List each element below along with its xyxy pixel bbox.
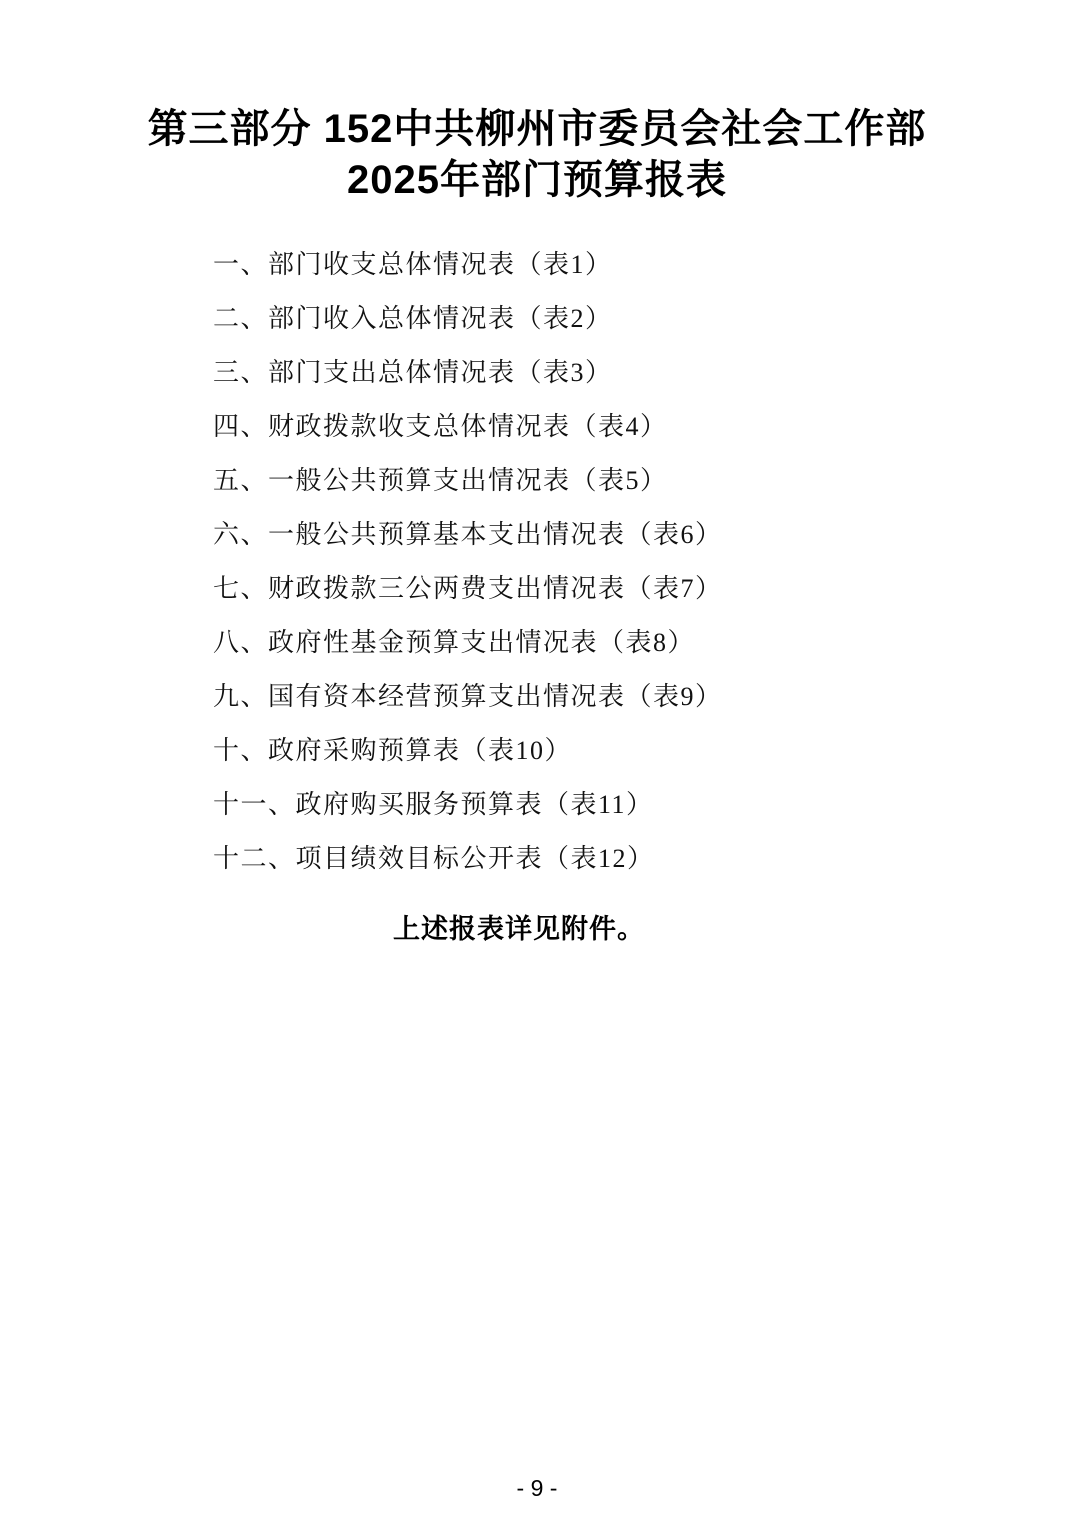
toc-item: 六、一般公共预算基本支出情况表（表6） (213, 508, 1074, 562)
toc-item: 十二、项目绩效目标公开表（表12） (213, 832, 1074, 886)
toc-item: 五、一般公共预算支出情况表（表5） (213, 454, 1074, 508)
toc-item: 十、政府采购预算表（表10） (213, 724, 1074, 778)
toc-item: 三、部门支出总体情况表（表3） (213, 346, 1074, 400)
toc-item: 七、财政拨款三公两费支出情况表（表7） (213, 562, 1074, 616)
page-number: - 9 - (0, 1474, 1074, 1502)
toc-item: 一、部门收支总体情况表（表1） (213, 238, 1074, 292)
toc-item: 四、财政拨款收支总体情况表（表4） (213, 400, 1074, 454)
attachment-note: 上述报表详见附件。 (393, 902, 1074, 956)
toc-list: 一、部门收支总体情况表（表1） 二、部门收入总体情况表（表2） 三、部门支出总体… (213, 238, 1074, 886)
toc-item: 十一、政府购买服务预算表（表11） (213, 778, 1074, 832)
toc-item: 八、政府性基金预算支出情况表（表8） (213, 616, 1074, 670)
document-page: 第三部分 152中共柳州市委员会社会工作部 2025年部门预算报表 一、部门收支… (0, 0, 1074, 1520)
toc-item: 二、部门收入总体情况表（表2） (213, 292, 1074, 346)
page-title-line-2: 2025年部门预算报表 (0, 155, 1074, 206)
page-title-line-1: 第三部分 152中共柳州市委员会社会工作部 (0, 104, 1074, 155)
page-title: 第三部分 152中共柳州市委员会社会工作部 2025年部门预算报表 (0, 0, 1074, 206)
toc-item: 九、国有资本经营预算支出情况表（表9） (213, 670, 1074, 724)
